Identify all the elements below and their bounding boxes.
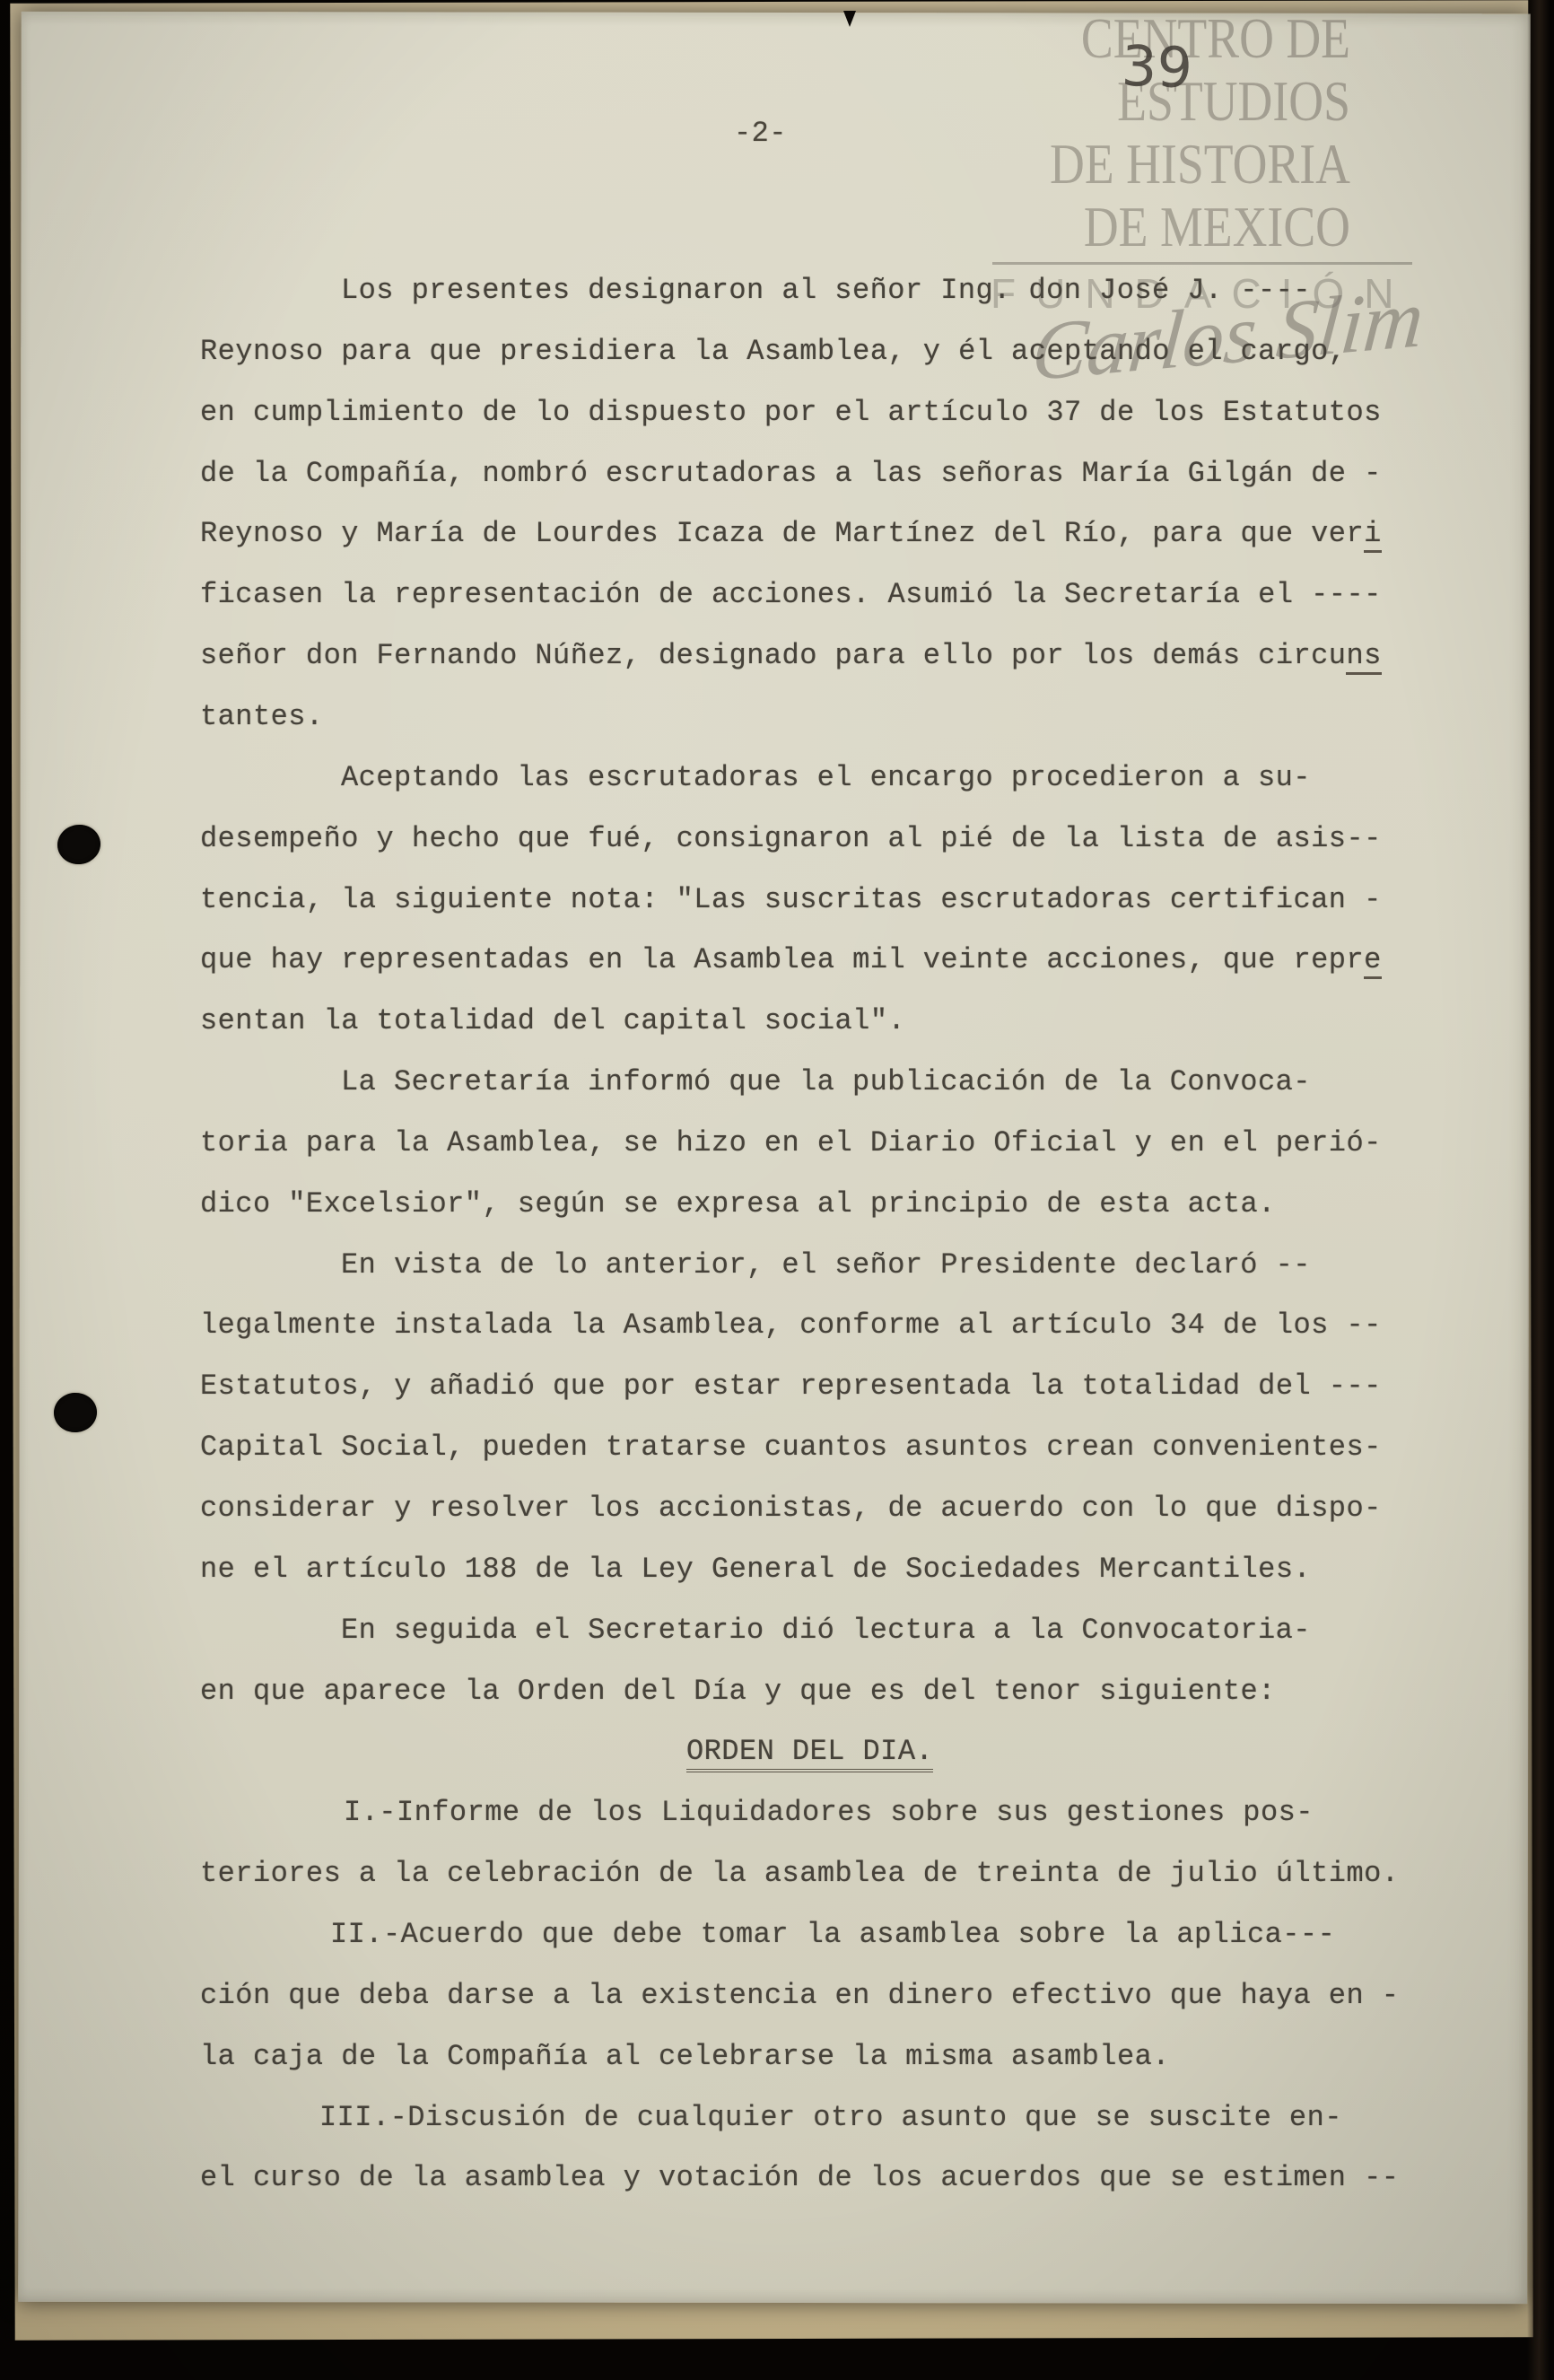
typed-line: tencia, la siguiente nota: "Las suscrita… (200, 883, 1382, 916)
orden-del-dia-heading: ORDEN DEL DIA. (686, 1735, 933, 1768)
typed-line: ficasen la representación de acciones. A… (200, 578, 1382, 611)
typed-line: tantes. (200, 700, 324, 733)
typed-line: Reynoso para que presidiera la Asamblea,… (200, 335, 1346, 368)
typed-line: La Secretaría informó que la publicación… (341, 1065, 1311, 1098)
paper-tear-notch (843, 11, 856, 27)
typed-line: Estatutos, y añadió que por estar repres… (200, 1369, 1382, 1403)
typed-line: Reynoso y María de Lourdes Icaza de Mart… (200, 517, 1382, 550)
typed-line: Aceptando las escrutadoras el encargo pr… (341, 761, 1311, 794)
typed-line: Capital Social, pueden tratarse cuantos … (200, 1431, 1382, 1464)
typed-line: toria para la Asamblea, se hizo en el Di… (200, 1126, 1382, 1159)
typed-line: legalmente instalada la Asamblea, confor… (200, 1308, 1382, 1342)
typed-line: I.-Informe de los Liquidadores sobre sus… (344, 1796, 1314, 1829)
typed-line: ne el artículo 188 de la Ley General de … (200, 1553, 1311, 1586)
typed-line: En vista de lo anterior, el señor Presid… (341, 1248, 1311, 1282)
typed-line: II.-Acuerdo que debe tomar la asamblea s… (330, 1918, 1335, 1951)
typed-line: en cumplimiento de lo dispuesto por el a… (200, 396, 1382, 429)
typed-text-block: Los presentes designaron al señor Ing. d… (0, 0, 1554, 2380)
typed-line: ción que deba darse a la existencia en d… (200, 1979, 1399, 2012)
typed-line: Los presentes designaron al señor Ing. d… (341, 274, 1311, 307)
typed-line: teriores a la celebración de la asamblea… (200, 1857, 1399, 1890)
typed-line: el curso de la asamblea y votación de lo… (200, 2161, 1399, 2194)
typed-line: dico "Excelsior", según se expresa al pr… (200, 1187, 1276, 1221)
scanned-document-photo: CENTRO DE ESTUDIOS DE HISTORIA DE MEXICO… (0, 0, 1554, 2380)
typed-line: de la Compañía, nombró escrutadoras a la… (200, 457, 1382, 490)
typed-line: III.-Discusión de cualquier otro asunto … (319, 2101, 1342, 2134)
typed-line: señor don Fernando Núñez, designado para… (200, 639, 1382, 672)
typed-line: En seguida el Secretario dió lectura a l… (341, 1614, 1311, 1647)
typed-line: en que aparece la Orden del Día y que es… (200, 1675, 1276, 1708)
typed-line: considerar y resolver los accionistas, d… (200, 1492, 1382, 1525)
typed-line: que hay representadas en la Asamblea mil… (200, 943, 1382, 976)
typed-line: desempeño y hecho que fué, consignaron a… (200, 822, 1382, 855)
typed-line: sentan la totalidad del capital social". (200, 1004, 905, 1037)
typed-line: la caja de la Compañía al celebrarse la … (200, 2040, 1170, 2073)
